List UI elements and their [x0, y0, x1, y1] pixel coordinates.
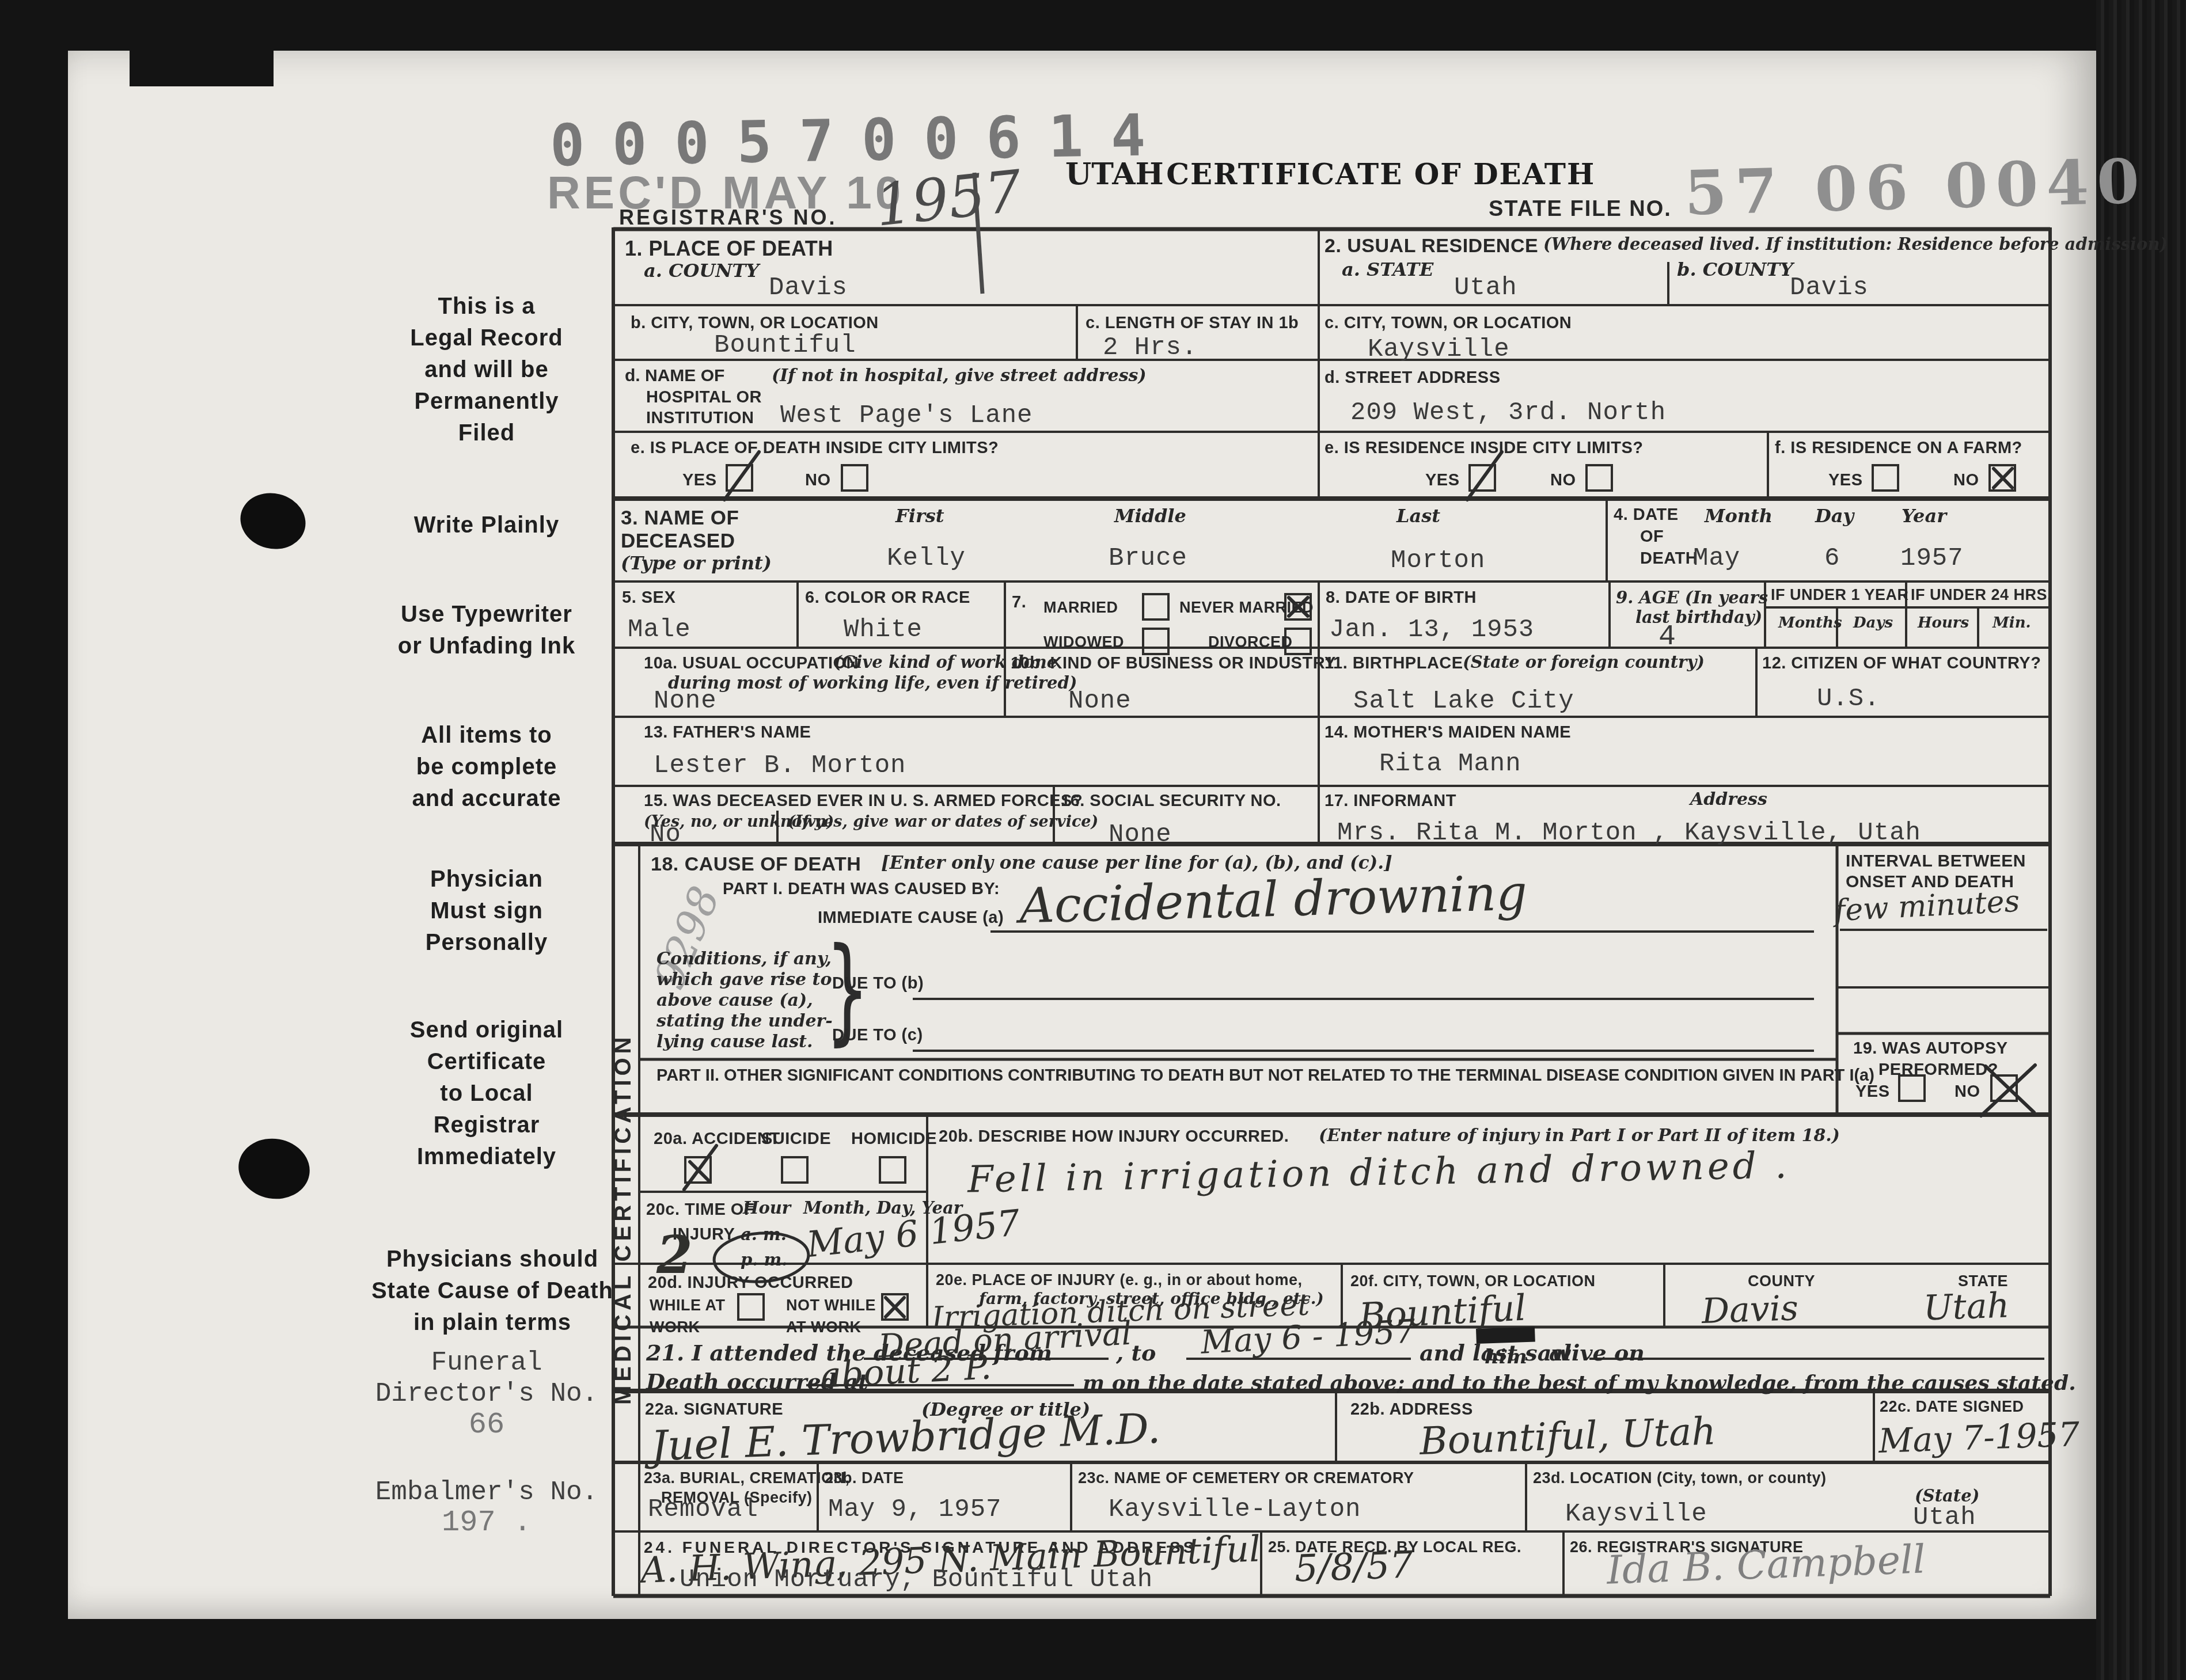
cause-of-death-label: 18. CAUSE OF DEATH	[651, 853, 861, 875]
describe-injury-label: 20b. DESCRIBE HOW INJURY OCCURRED.	[939, 1127, 1289, 1146]
residence-city-value: Kaysville	[1368, 337, 1510, 362]
first-name-label: First	[895, 505, 944, 527]
usual-occupation-value: None	[654, 689, 717, 714]
cemetery-location-label: 23d. LOCATION (City, town, or county)	[1533, 1469, 1826, 1487]
state-file-no-label: STATE FILE NO.	[1489, 197, 1672, 222]
mothers-maiden-name-label: 14. MOTHER'S MAIDEN NAME	[1324, 723, 1571, 742]
place-of-injury-label-1: 20e. PLACE OF INJURY (e. g., in or about…	[936, 1271, 1303, 1288]
divorced-label: DIVORCED	[1208, 633, 1293, 651]
mothers-maiden-name-value: Rita Mann	[1379, 751, 1521, 777]
interval-value: few minutes	[1834, 887, 2021, 926]
state-file-no-stamp: 57 06 0040	[1684, 145, 2149, 229]
kind-of-business-value: None	[1068, 689, 1132, 714]
widowed-label: WIDOWED	[1043, 633, 1124, 651]
physician-signature-label: 22a. SIGNATURE	[645, 1400, 783, 1419]
him-label: him	[1485, 1346, 1527, 1369]
burial-date-label: 23b. DATE	[825, 1469, 904, 1487]
injury-county-value: Davis	[1701, 1291, 1799, 1329]
usual-residence-label: 2. USUAL RESIDENCE	[1324, 235, 1538, 257]
county-of-death-value: Davis	[769, 275, 848, 301]
type-or-print-note: (Type or print)	[621, 553, 772, 574]
embalmers-no-value: 197 .	[325, 1507, 648, 1538]
date-of-death-label-3: DEATH	[1640, 549, 1698, 568]
margin-write-plainly: Write Plainly	[325, 510, 648, 541]
alive-on-label: alive on	[1549, 1340, 1645, 1366]
middle-name-label: Middle	[1114, 505, 1186, 527]
medical-certification-sidebar-label: MEDICAL CERTIFICATION	[612, 1033, 635, 1405]
cemetery-label: 23c. NAME OF CEMETERY OR CREMATORY	[1078, 1469, 1414, 1487]
residence-city-label: c. CITY, TOWN, OR LOCATION	[1324, 314, 1572, 332]
birthplace-value: Salt Lake City	[1353, 689, 1574, 714]
armed-forces-label: 15. WAS DECEASED EVER IN U. S. ARMED FOR…	[644, 792, 1083, 810]
death-month-label: Month	[1705, 505, 1773, 527]
funeral-directors-no-value: 66	[325, 1409, 648, 1440]
color-or-race-value: White	[844, 617, 923, 643]
age-label-1: 9. AGE (In years	[1616, 588, 1768, 607]
date-of-death-label-2: OF	[1640, 527, 1664, 546]
county-of-death-label: a. COUNTY	[644, 260, 759, 282]
margin-send-original: Send original Certificate to Local Regis…	[325, 1014, 648, 1173]
injury-state-value: Utah	[1923, 1288, 2010, 1325]
age-label-2: last birthday)	[1635, 608, 1762, 627]
birthplace-note: (State or foreign country)	[1463, 653, 1705, 672]
hospital-name-label-1: d. NAME OF	[625, 366, 724, 386]
birthplace-label: 11. BIRTHPLACE	[1324, 654, 1463, 672]
residence-state-label: a. STATE	[1342, 259, 1433, 280]
usual-residence-note: (Where deceased lived. If institution: R…	[1543, 235, 2168, 254]
autopsy-yes-label: YES	[1855, 1082, 1890, 1101]
physician-address-label: 22b. ADDRESS	[1350, 1400, 1473, 1419]
title-utah: UTAH	[1065, 157, 1164, 192]
length-of-stay-value: 2 Hrs.	[1103, 335, 1197, 360]
conditions-note: Conditions, if any, which gave rise to a…	[656, 949, 833, 1052]
death-day-label: Day	[1815, 505, 1854, 527]
not-while-label-2: AT WORK	[786, 1318, 861, 1336]
informant-label: 17. INFORMANT	[1324, 792, 1456, 810]
date-of-death-label-1: 4. DATE	[1614, 505, 1679, 524]
usual-occupation-label: 10a. USUAL OCCUPATION	[644, 654, 859, 672]
injury-county-label: COUNTY	[1748, 1272, 1815, 1290]
injury-city-label: 20f. CITY, TOWN, OR LOCATION	[1350, 1272, 1596, 1290]
physician-address-value: Bountiful, Utah	[1419, 1412, 1717, 1461]
place-of-death-label: 1. PLACE OF DEATH	[625, 237, 833, 260]
street-address-label: d. STREET ADDRESS	[1324, 368, 1501, 387]
margin-use-typewriter: Use Typewriter or Unfading Ink	[325, 599, 648, 662]
hospital-name-note: (If not in hospital, give street address…	[772, 366, 1147, 386]
armed-forces-value: No	[650, 822, 681, 847]
while-at-work-label-1: WHILE AT	[650, 1297, 725, 1314]
burial-value: Removal	[648, 1497, 758, 1522]
date-signed-label: 22c. DATE SIGNED	[1880, 1398, 2024, 1415]
citizen-label: 12. CITIZEN OF WHAT COUNTRY?	[1762, 654, 2041, 672]
color-or-race-label: 6. COLOR OR RACE	[805, 588, 970, 607]
immediate-cause-value: Accidental drowning	[1019, 868, 1528, 930]
hospital-name-value: West Page's Lane	[780, 403, 1033, 428]
due-to-c-label: DUE TO (c)	[832, 1026, 923, 1044]
age-value: 4	[1659, 623, 1676, 652]
married-label: MARRIED	[1043, 599, 1118, 616]
days-label: Days	[1853, 615, 1893, 632]
usual-occupation-note-2: during most of working life, even if ret…	[668, 674, 1077, 693]
if-under-1-year-label: IF UNDER 1 YEAR	[1771, 586, 1909, 603]
middle-name-value: Bruce	[1109, 546, 1187, 571]
street-address-value: 209 West, 3rd. North	[1350, 400, 1666, 425]
funeral-directors-no-label: Funeral Director's No.	[325, 1347, 648, 1409]
registrar-signature-value: Ida B. Campbell	[1606, 1540, 1926, 1590]
residence-county-label: b. COUNTY	[1677, 259, 1793, 280]
funeral-home-value: Union Mortuary, Bountiful Utah	[680, 1567, 1153, 1592]
describe-injury-note: (Enter nature of injury in Part I or Par…	[1319, 1126, 1840, 1146]
date-of-birth-value: Jan. 13, 1953	[1329, 617, 1534, 643]
margin-legal-record: This is a Legal Record and will be Perma…	[325, 291, 648, 449]
months-label: Months	[1778, 615, 1842, 632]
last-name-label: Last	[1396, 505, 1440, 527]
sex-label: 5. SEX	[622, 588, 675, 607]
city-of-death-value: Bountiful	[714, 333, 856, 358]
burial-label-1: 23a. BURIAL, CREMATION,	[644, 1469, 850, 1487]
while-at-work-label-2: WORK	[650, 1318, 700, 1336]
farm-no-label: NO	[1953, 471, 1979, 489]
autopsy-no-label: NO	[1955, 1082, 1980, 1101]
sex-value: Male	[628, 617, 691, 643]
due-to-b-label: DUE TO (b)	[832, 974, 924, 993]
cemetery-location-value: Kaysville	[1565, 1502, 1707, 1527]
min-label: Min.	[1993, 615, 2031, 632]
death-occurred-tail-label: m on the date stated above; and to the b…	[1083, 1371, 2076, 1395]
social-security-value: None	[1109, 822, 1172, 847]
date-received-value: 5/8/57	[1294, 1546, 1414, 1587]
fathers-name-value: Lester B. Morton	[654, 753, 906, 778]
death-limits-no-label: NO	[805, 471, 831, 489]
hours-label: Hours	[1918, 615, 1969, 632]
scanned-death-certificate: 0005700614 REC'D MAY 10 1957 REGISTRAR'S…	[0, 0, 2186, 1680]
residence-limits-yes-label: YES	[1425, 471, 1460, 489]
residence-limits-no-label: NO	[1550, 471, 1576, 489]
part-2-label: PART II. OTHER SIGNIFICANT CONDITIONS CO…	[656, 1066, 1874, 1085]
informant-value: Mrs. Rita M. Morton , Kaysville, Utah	[1337, 820, 1921, 846]
death-occurred-at-value: about 2 P.	[820, 1350, 992, 1393]
if-under-24-hrs-label: IF UNDER 24 HRS.	[1911, 586, 2052, 603]
hospital-name-label-2: HOSPITAL OR	[646, 388, 762, 406]
received-year-handwritten: 1957	[872, 162, 1024, 235]
death-inside-city-limits-label: e. IS PLACE OF DEATH INSIDE CITY LIMITS?	[631, 439, 999, 457]
marital-item-number: 7.	[1012, 593, 1026, 611]
last-name-value: Morton	[1391, 548, 1485, 573]
citizen-value: U.S.	[1817, 686, 1880, 712]
date-of-birth-label: 8. DATE OF BIRTH	[1326, 588, 1477, 607]
attended-to-label: , to	[1116, 1340, 1156, 1366]
suicide-label: SUICIDE	[761, 1130, 831, 1148]
am-label: a. m.	[741, 1225, 787, 1244]
informant-address-label: Address	[1690, 790, 1767, 810]
injury-occurred-label: 20d. INJURY OCCURRED	[648, 1274, 853, 1292]
first-name-value: Kelly	[887, 546, 966, 571]
death-limits-yes-label: YES	[682, 471, 717, 489]
cemetery-state-value: Utah	[1913, 1505, 1976, 1530]
homicide-label: HOMICIDE	[851, 1130, 937, 1148]
city-of-death-label: b. CITY, TOWN, OR LOCATION	[631, 314, 879, 332]
death-month-value: May	[1693, 546, 1740, 571]
length-of-stay-label: c. LENGTH OF STAY IN 1b	[1086, 314, 1299, 332]
part-1-label: PART I. DEATH WAS CAUSED BY:	[723, 880, 1000, 898]
title-certificate-of-death: CERTIFICATE OF DEATH	[1166, 157, 1595, 191]
embalmers-no-label: Embalmer's No.	[325, 1477, 648, 1508]
armed-forces-note-2: (If yes, give war or dates of service)	[788, 813, 1098, 831]
margin-all-items: All items to be complete and accurate	[325, 720, 648, 815]
hour-label: Hour	[743, 1199, 791, 1218]
death-year-value: 1957	[1900, 546, 1964, 571]
time-of-injury-label-1: 20c. TIME OF	[646, 1200, 754, 1219]
residence-on-farm-label: f. IS RESIDENCE ON A FARM?	[1775, 439, 2022, 457]
autopsy-label-2: PERFORMED?	[1878, 1061, 1998, 1079]
residence-inside-city-limits-label: e. IS RESIDENCE INSIDE CITY LIMITS?	[1324, 439, 1644, 457]
pm-label: p. m.	[741, 1251, 787, 1269]
never-married-label: NEVER MARRIED	[1179, 599, 1314, 616]
burial-date-value: May 9, 1957	[828, 1497, 1001, 1522]
autopsy-label-1: 19. WAS AUTOPSY	[1853, 1039, 2008, 1058]
fathers-name-label: 13. FATHER'S NAME	[644, 723, 811, 742]
kind-of-business-label: 10b. KIND OF BUSINESS OR INDUSTRY	[1011, 654, 1336, 672]
name-of-deceased-label-2: DECEASED	[621, 530, 735, 552]
social-security-label: 16. SOCIAL SECURITY NO.	[1061, 792, 1281, 810]
residence-state-value: Utah	[1454, 275, 1517, 301]
residence-county-value: Davis	[1790, 275, 1869, 301]
registrars-no-label: REGISTRAR'S NO.	[619, 206, 837, 229]
farm-yes-label: YES	[1828, 471, 1863, 489]
date-signed-value: May 7-1957	[1878, 1417, 2080, 1458]
not-while-label-1: NOT WHILE	[786, 1297, 876, 1314]
hospital-name-label-3: INSTITUTION	[646, 409, 754, 427]
name-of-deceased-label-1: 3. NAME OF	[621, 507, 739, 529]
death-year-label: Year	[1902, 505, 1946, 527]
margin-physician-sign: Physician Must sign Personally	[325, 864, 648, 959]
cemetery-value: Kaysville-Layton	[1109, 1497, 1361, 1522]
death-day-value: 6	[1824, 546, 1840, 571]
